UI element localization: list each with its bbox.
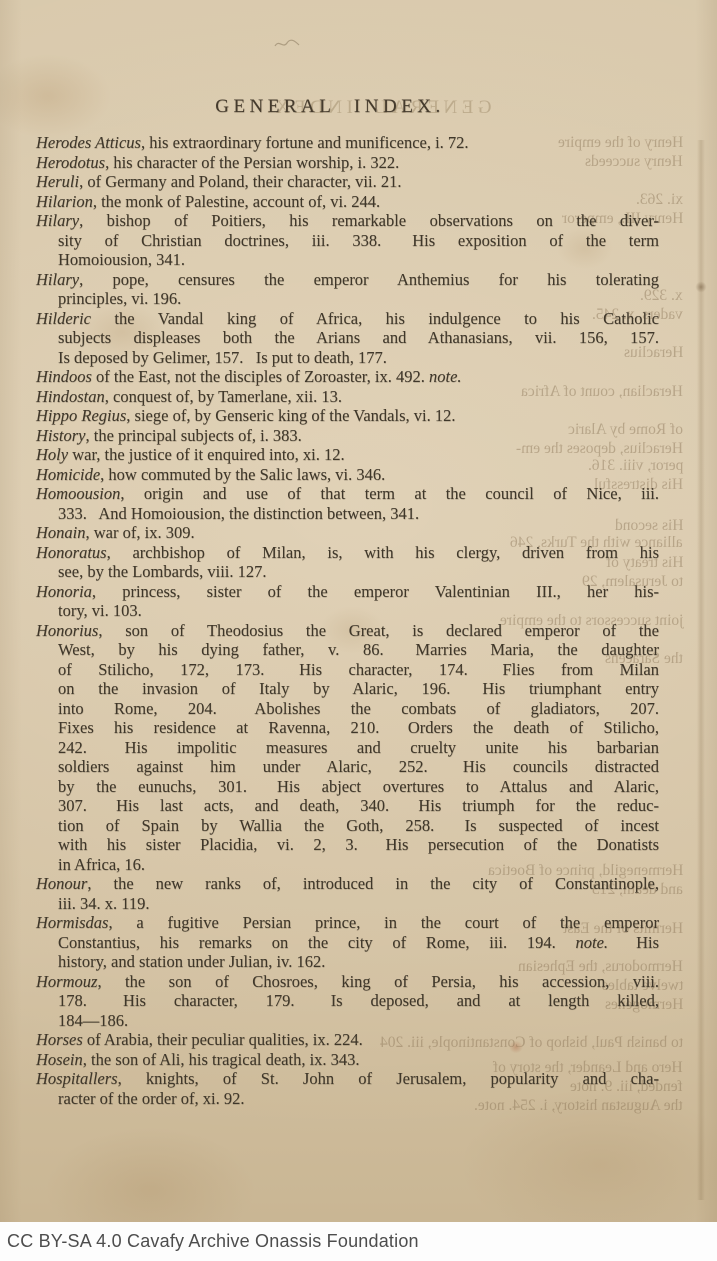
entry-text: , pope, censures the emperor Anthemius f… <box>79 270 659 289</box>
entry-text: , the monk of Palestine, account of, vi.… <box>93 192 380 211</box>
entry-text: Is deposed by Gelimer, 157. Is put to de… <box>58 348 387 367</box>
license-bar: CC BY-SA 4.0 Cavafy Archive Onassis Foun… <box>0 1222 717 1261</box>
index-line: Homicide, how commuted by the Salic laws… <box>36 465 659 485</box>
entry-text: by the eunuchs, 301. His abject overture… <box>58 777 659 796</box>
index-line: Horses of Arabia, their peculiar qualiti… <box>36 1030 659 1050</box>
entry-text: , son of Theodosius the Great, is declar… <box>98 621 659 640</box>
entry-text: , conquest of, by Tamerlane, xii. 13. <box>105 387 342 406</box>
index-line: Hilary, pope, censures the emperor Anthe… <box>36 270 659 290</box>
entry-text: the Vandal king of Africa, his indulgenc… <box>91 309 659 328</box>
entry-headword: Hippo Regius <box>36 406 126 425</box>
index-line: Heruli, of Germany and Poland, their cha… <box>36 172 659 192</box>
entry-text: West, by his dying father, v. 86. Marrie… <box>58 640 659 659</box>
entry-text: Fixes his residence at Ravenna, 210. Ord… <box>58 718 659 737</box>
entry-text: , origin and use of that term at the cou… <box>120 484 659 503</box>
entry-text: in Africa, 16. <box>58 855 145 874</box>
entry-text: , the new ranks of, introduced in the ci… <box>87 874 659 893</box>
index-line: in Africa, 16. <box>36 855 659 875</box>
index-line: Hippo Regius, siege of, by Genseric king… <box>36 406 659 426</box>
entry-headword: Hilderic <box>36 309 91 328</box>
entry-headword: Hilary <box>36 211 79 230</box>
entry-text: 333. And Homoiousion, the distinction be… <box>58 504 419 523</box>
entry-headword: Hormisdas <box>36 913 108 932</box>
entry-text: , siege of, by Genseric king of the Vand… <box>126 406 455 425</box>
license-caption: CC BY-SA 4.0 Cavafy Archive Onassis Foun… <box>0 1231 419 1252</box>
index-line: on the invasion of Italy by Alaric, 196.… <box>36 679 659 699</box>
entry-text: iii. 34. x. 119. <box>58 894 150 913</box>
index-line: iii. 34. x. 119. <box>36 894 659 914</box>
index-line: Honorius, son of Theodosius the Great, i… <box>36 621 659 641</box>
index-line: Hormisdas, a fugitive Persian prince, in… <box>36 913 659 933</box>
index-line: Herodes Atticus, his extraordinary fortu… <box>36 133 659 153</box>
entry-headword: Hosein <box>36 1050 83 1069</box>
entry-headword: Horses <box>36 1030 83 1049</box>
index-line: Hilderic the Vandal king of Africa, his … <box>36 309 659 329</box>
index-line: 184—186. <box>36 1011 659 1031</box>
entry-text: His <box>608 933 659 952</box>
entry-text: , the principal subjects of, i. 383. <box>86 426 302 445</box>
ink-squiggle-mark <box>272 36 302 52</box>
index-line: Hosein, the son of Ali, his tragical dea… <box>36 1050 659 1070</box>
index-line: Honoria, princess, sister of the emperor… <box>36 582 659 602</box>
index-line: with his sister Placidia, vi. 2, 3. His … <box>36 835 659 855</box>
entry-headword: Heruli <box>36 172 79 191</box>
index-line: tory, vi. 103. <box>36 601 659 621</box>
scanned-book-page: GENERAL INDEX. Henry of the empireHenry … <box>0 0 717 1261</box>
entry-text: on the invasion of Italy by Alaric, 196.… <box>58 679 659 698</box>
entry-text: 307. His last acts, and death, 340. His … <box>58 796 659 815</box>
index-line: racter of the order of, xi. 92. <box>36 1089 659 1109</box>
entry-headword: note. <box>429 367 462 386</box>
entry-text: , war of, ix. 309. <box>86 523 195 542</box>
entry-headword: Holy <box>36 445 68 464</box>
entry-headword: Hilarion <box>36 192 93 211</box>
entry-headword: Honoratus <box>36 543 107 562</box>
entry-text: 184—186. <box>58 1011 128 1030</box>
entry-headword: Honorius <box>36 621 98 640</box>
entry-text: war, the justice of it enquired into, xi… <box>68 445 345 464</box>
entry-text: tion of Spain by Wallia the Goth, 258. I… <box>58 816 659 835</box>
index-line: soldiers against him under Alaric, 252. … <box>36 757 659 777</box>
entry-text: of Stilicho, 172, 173. His character, 17… <box>58 660 659 679</box>
index-line: Holy war, the justice of it enquired int… <box>36 445 659 465</box>
entry-headword: Hospitallers <box>36 1069 118 1088</box>
entry-text: , the son of Ali, his tragical death, ix… <box>83 1050 360 1069</box>
entry-headword: Hindoos <box>36 367 92 386</box>
index-line: subjects displeases both the Arians and … <box>36 328 659 348</box>
index-line: Fixes his residence at Ravenna, 210. Ord… <box>36 718 659 738</box>
entry-text: , archbishop of Milan, is, with his cler… <box>107 543 659 562</box>
entry-text: 178. His character, 179. Is deposed, and… <box>58 991 659 1010</box>
entry-text: Homoiousion, 341. <box>58 250 185 269</box>
entry-text: subjects displeases both the Arians and … <box>58 328 659 347</box>
index-line: Is deposed by Gelimer, 157. Is put to de… <box>36 348 659 368</box>
entry-headword: Hilary <box>36 270 79 289</box>
entry-text: into Rome, 204. Abolishes the combats of… <box>58 699 659 718</box>
index-line: 333. And Homoiousion, the distinction be… <box>36 504 659 524</box>
entry-text: tory, vi. 103. <box>58 601 142 620</box>
entry-text: , a fugitive Persian prince, in the cour… <box>108 913 659 932</box>
entry-text: soldiers against him under Alaric, 252. … <box>58 757 659 776</box>
index-line: Homoiousion, 341. <box>36 250 659 270</box>
index-entries: Herodes Atticus, his extraordinary fortu… <box>36 133 659 1108</box>
index-line: Honour, the new ranks of, introduced in … <box>36 874 659 894</box>
entry-headword: Homoousion <box>36 484 120 503</box>
entry-text: of Arabia, their peculiar qualities, ix.… <box>83 1030 363 1049</box>
index-line: Honain, war of, ix. 309. <box>36 523 659 543</box>
entry-text: with his sister Placidia, vi. 2, 3. His … <box>58 835 659 854</box>
index-line: see, by the Lombards, viii. 127. <box>36 562 659 582</box>
index-line: Hospitallers, knights, of St. John of Je… <box>36 1069 659 1089</box>
index-line: Homoousion, origin and use of that term … <box>36 484 659 504</box>
index-line: Hindoos of the East, not the disciples o… <box>36 367 659 387</box>
entry-text: , bishop of Poitiers, his remarkable obs… <box>79 211 659 230</box>
entry-text: , his character of the Persian worship, … <box>105 153 399 172</box>
entry-text: Constantius, his remarks on the city of … <box>58 933 576 952</box>
entry-text: , his extraordinary fortune and munifice… <box>141 133 469 152</box>
index-line: Hormouz, the son of Chosroes, king of Pe… <box>36 972 659 992</box>
entry-headword: Hormouz <box>36 972 97 991</box>
entry-text: 242. His impolitic measures and cruelty … <box>58 738 659 757</box>
entry-text: see, by the Lombards, viii. 127. <box>58 562 267 581</box>
entry-text: , princess, sister of the emperor Valent… <box>92 582 659 601</box>
index-line: into Rome, 204. Abolishes the combats of… <box>36 699 659 719</box>
entry-text: , the son of Chosroes, king of Persia, h… <box>97 972 659 991</box>
index-line: 242. His impolitic measures and cruelty … <box>36 738 659 758</box>
index-line: Honoratus, archbishop of Milan, is, with… <box>36 543 659 563</box>
index-line: 178. His character, 179. Is deposed, and… <box>36 991 659 1011</box>
entry-text: , of Germany and Poland, their character… <box>79 172 401 191</box>
index-line: history, and station under Julian, iv. 1… <box>36 952 659 972</box>
index-line: principles, vi. 196. <box>36 289 659 309</box>
page-title: GENERAL INDEX. <box>0 96 660 118</box>
entry-text: of the East, not the disciples of Zoroas… <box>92 367 429 386</box>
index-line: of Stilicho, 172, 173. His character, 17… <box>36 660 659 680</box>
index-line: History, the principal subjects of, i. 3… <box>36 426 659 446</box>
index-line: by the eunuchs, 301. His abject overture… <box>36 777 659 797</box>
entry-text: , knights, of St. John of Jerusalem, pop… <box>118 1069 659 1088</box>
entry-headword: History <box>36 426 86 445</box>
entry-text: racter of the order of, xi. 92. <box>58 1089 244 1108</box>
index-line: Hilarion, the monk of Palestine, account… <box>36 192 659 212</box>
entry-headword: Honain <box>36 523 86 542</box>
entry-text: history, and station under Julian, iv. 1… <box>58 952 325 971</box>
entry-headword: note. <box>576 933 609 952</box>
entry-headword: Honoria <box>36 582 92 601</box>
entry-text: principles, vi. 196. <box>58 289 181 308</box>
index-line: tion of Spain by Wallia the Goth, 258. I… <box>36 816 659 836</box>
index-line: Herodotus, his character of the Persian … <box>36 153 659 173</box>
index-line: sity of Christian doctrines, iii. 338. H… <box>36 231 659 251</box>
entry-headword: Herodes Atticus <box>36 133 141 152</box>
entry-headword: Homicide <box>36 465 100 484</box>
entry-headword: Honour <box>36 874 87 893</box>
index-line: 307. His last acts, and death, 340. His … <box>36 796 659 816</box>
index-line: Hilary, bishop of Poitiers, his remarkab… <box>36 211 659 231</box>
entry-headword: Hindostan <box>36 387 105 406</box>
entry-text: , how commuted by the Salic laws, vi. 34… <box>100 465 385 484</box>
index-line: Constantius, his remarks on the city of … <box>36 933 659 953</box>
index-line: Hindostan, conquest of, by Tamerlane, xi… <box>36 387 659 407</box>
paper-crease <box>697 140 705 1200</box>
index-line: West, by his dying father, v. 86. Marrie… <box>36 640 659 660</box>
entry-text: sity of Christian doctrines, iii. 338. H… <box>58 231 659 250</box>
entry-headword: Herodotus <box>36 153 105 172</box>
